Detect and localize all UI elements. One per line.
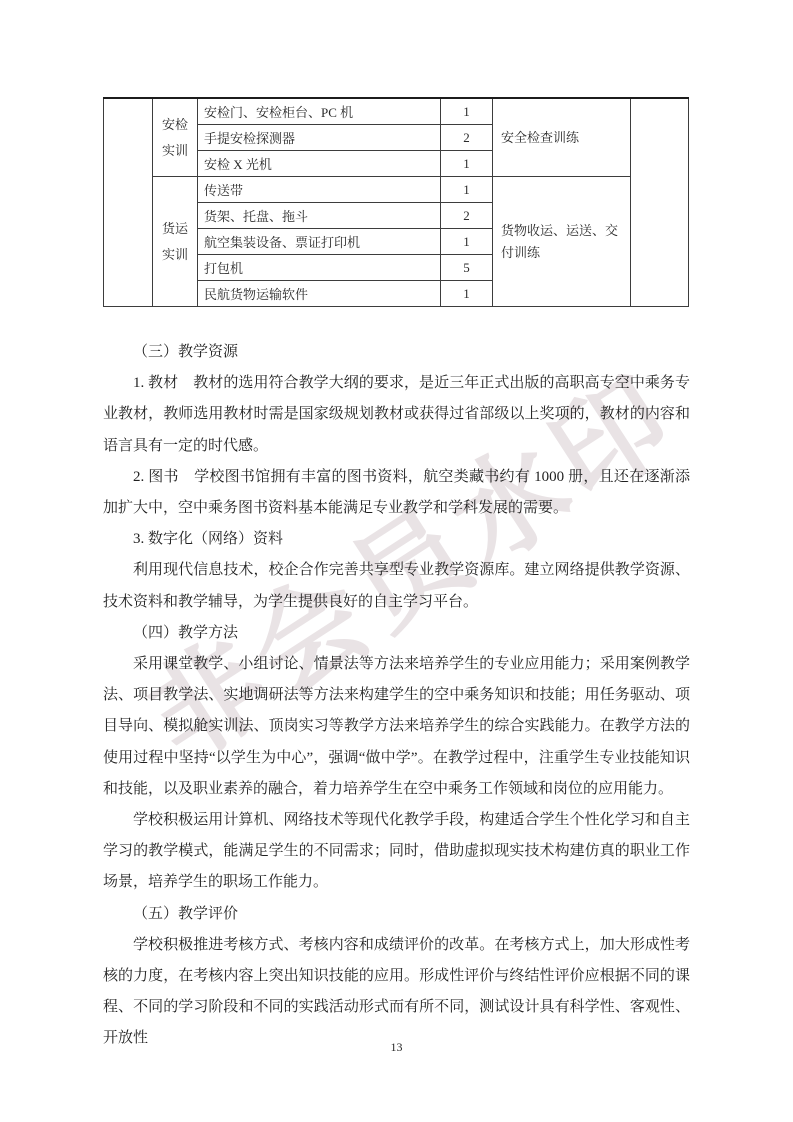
para-evaluation-reform: 学校积极推进考核方式、考核内容和成绩评价的改革。在考核方式上，加大形成性考核的力… [103, 930, 690, 1055]
quantity-cell: 1 [441, 281, 493, 307]
quantity-cell: 1 [441, 98, 493, 125]
equipment-cell: 航空集装设备、票证打印机 [198, 229, 441, 255]
category-cell-security-training: 安检实训 [153, 98, 198, 177]
heading-teaching-resources: （三）教学资源 [103, 337, 690, 368]
quantity-cell: 2 [441, 203, 493, 229]
equipment-cell: 安检门、安检柜台、PC 机 [198, 98, 441, 125]
quantity-cell: 2 [441, 125, 493, 151]
para-modern-teaching-tech: 学校积极运用计算机、网络技术等现代化教学手段，构建适合学生个性化学习和自主学习的… [103, 805, 690, 899]
equipment-cell: 打包机 [198, 255, 441, 281]
quantity-cell: 1 [441, 229, 493, 255]
para-teaching-methods: 采用课堂教学、小组讨论、情景法等方法来培养学生的专业应用能力；采用案例教学法、项… [103, 649, 690, 805]
equipment-table: 安检实训 安检门、安检柜台、PC 机 1 安全检查训练 手提安检探测器 2 安检… [103, 97, 689, 307]
quantity-cell: 5 [441, 255, 493, 281]
heading-teaching-evaluation: （五）教学评价 [103, 899, 690, 930]
equipment-cell: 传送带 [198, 177, 441, 203]
page-number: 13 [0, 1040, 793, 1055]
document-body: （三）教学资源 1. 教材 教材的选用符合教学大纲的要求，是近三年正式出版的高职… [103, 337, 690, 1055]
para-textbooks: 1. 教材 教材的选用符合教学大纲的要求，是近三年正式出版的高职高专空中乘务专业… [103, 368, 690, 462]
equipment-cell: 货架、托盘、拖斗 [198, 203, 441, 229]
table-row: 货运实训 传送带 1 货物收运、运送、交付训练 [104, 177, 689, 203]
table-left-gutter-cell [104, 98, 153, 307]
quantity-cell: 1 [441, 177, 493, 203]
equipment-cell: 手提安检探测器 [198, 125, 441, 151]
table-right-gutter-cell [631, 98, 689, 307]
table-row: 安检实训 安检门、安检柜台、PC 机 1 安全检查训练 [104, 98, 689, 125]
training-cell-cargo: 货物收运、运送、交付训练 [493, 177, 631, 307]
para-library-books: 2. 图书 学校图书馆拥有丰富的图书资料，航空类藏书约有 1000 册，且还在逐… [103, 462, 690, 524]
para-digital-network: 利用现代信息技术，校企合作完善共享型专业教学资源库。建立网络提供教学资源、技术资… [103, 555, 690, 617]
heading-teaching-methods: （四）教学方法 [103, 618, 690, 649]
document-page: 非会员水印 安检实训 安检门、安检柜台、PC 机 1 安全检查训练 手提安检探测… [0, 0, 793, 1122]
category-cell-cargo-training: 货运实训 [153, 177, 198, 307]
equipment-cell: 民航货物运输软件 [198, 281, 441, 307]
heading-digital-network-resources: 3. 数字化（网络）资料 [103, 524, 690, 555]
equipment-cell: 安检 X 光机 [198, 151, 441, 177]
training-cell-security: 安全检查训练 [493, 98, 631, 177]
quantity-cell: 1 [441, 151, 493, 177]
